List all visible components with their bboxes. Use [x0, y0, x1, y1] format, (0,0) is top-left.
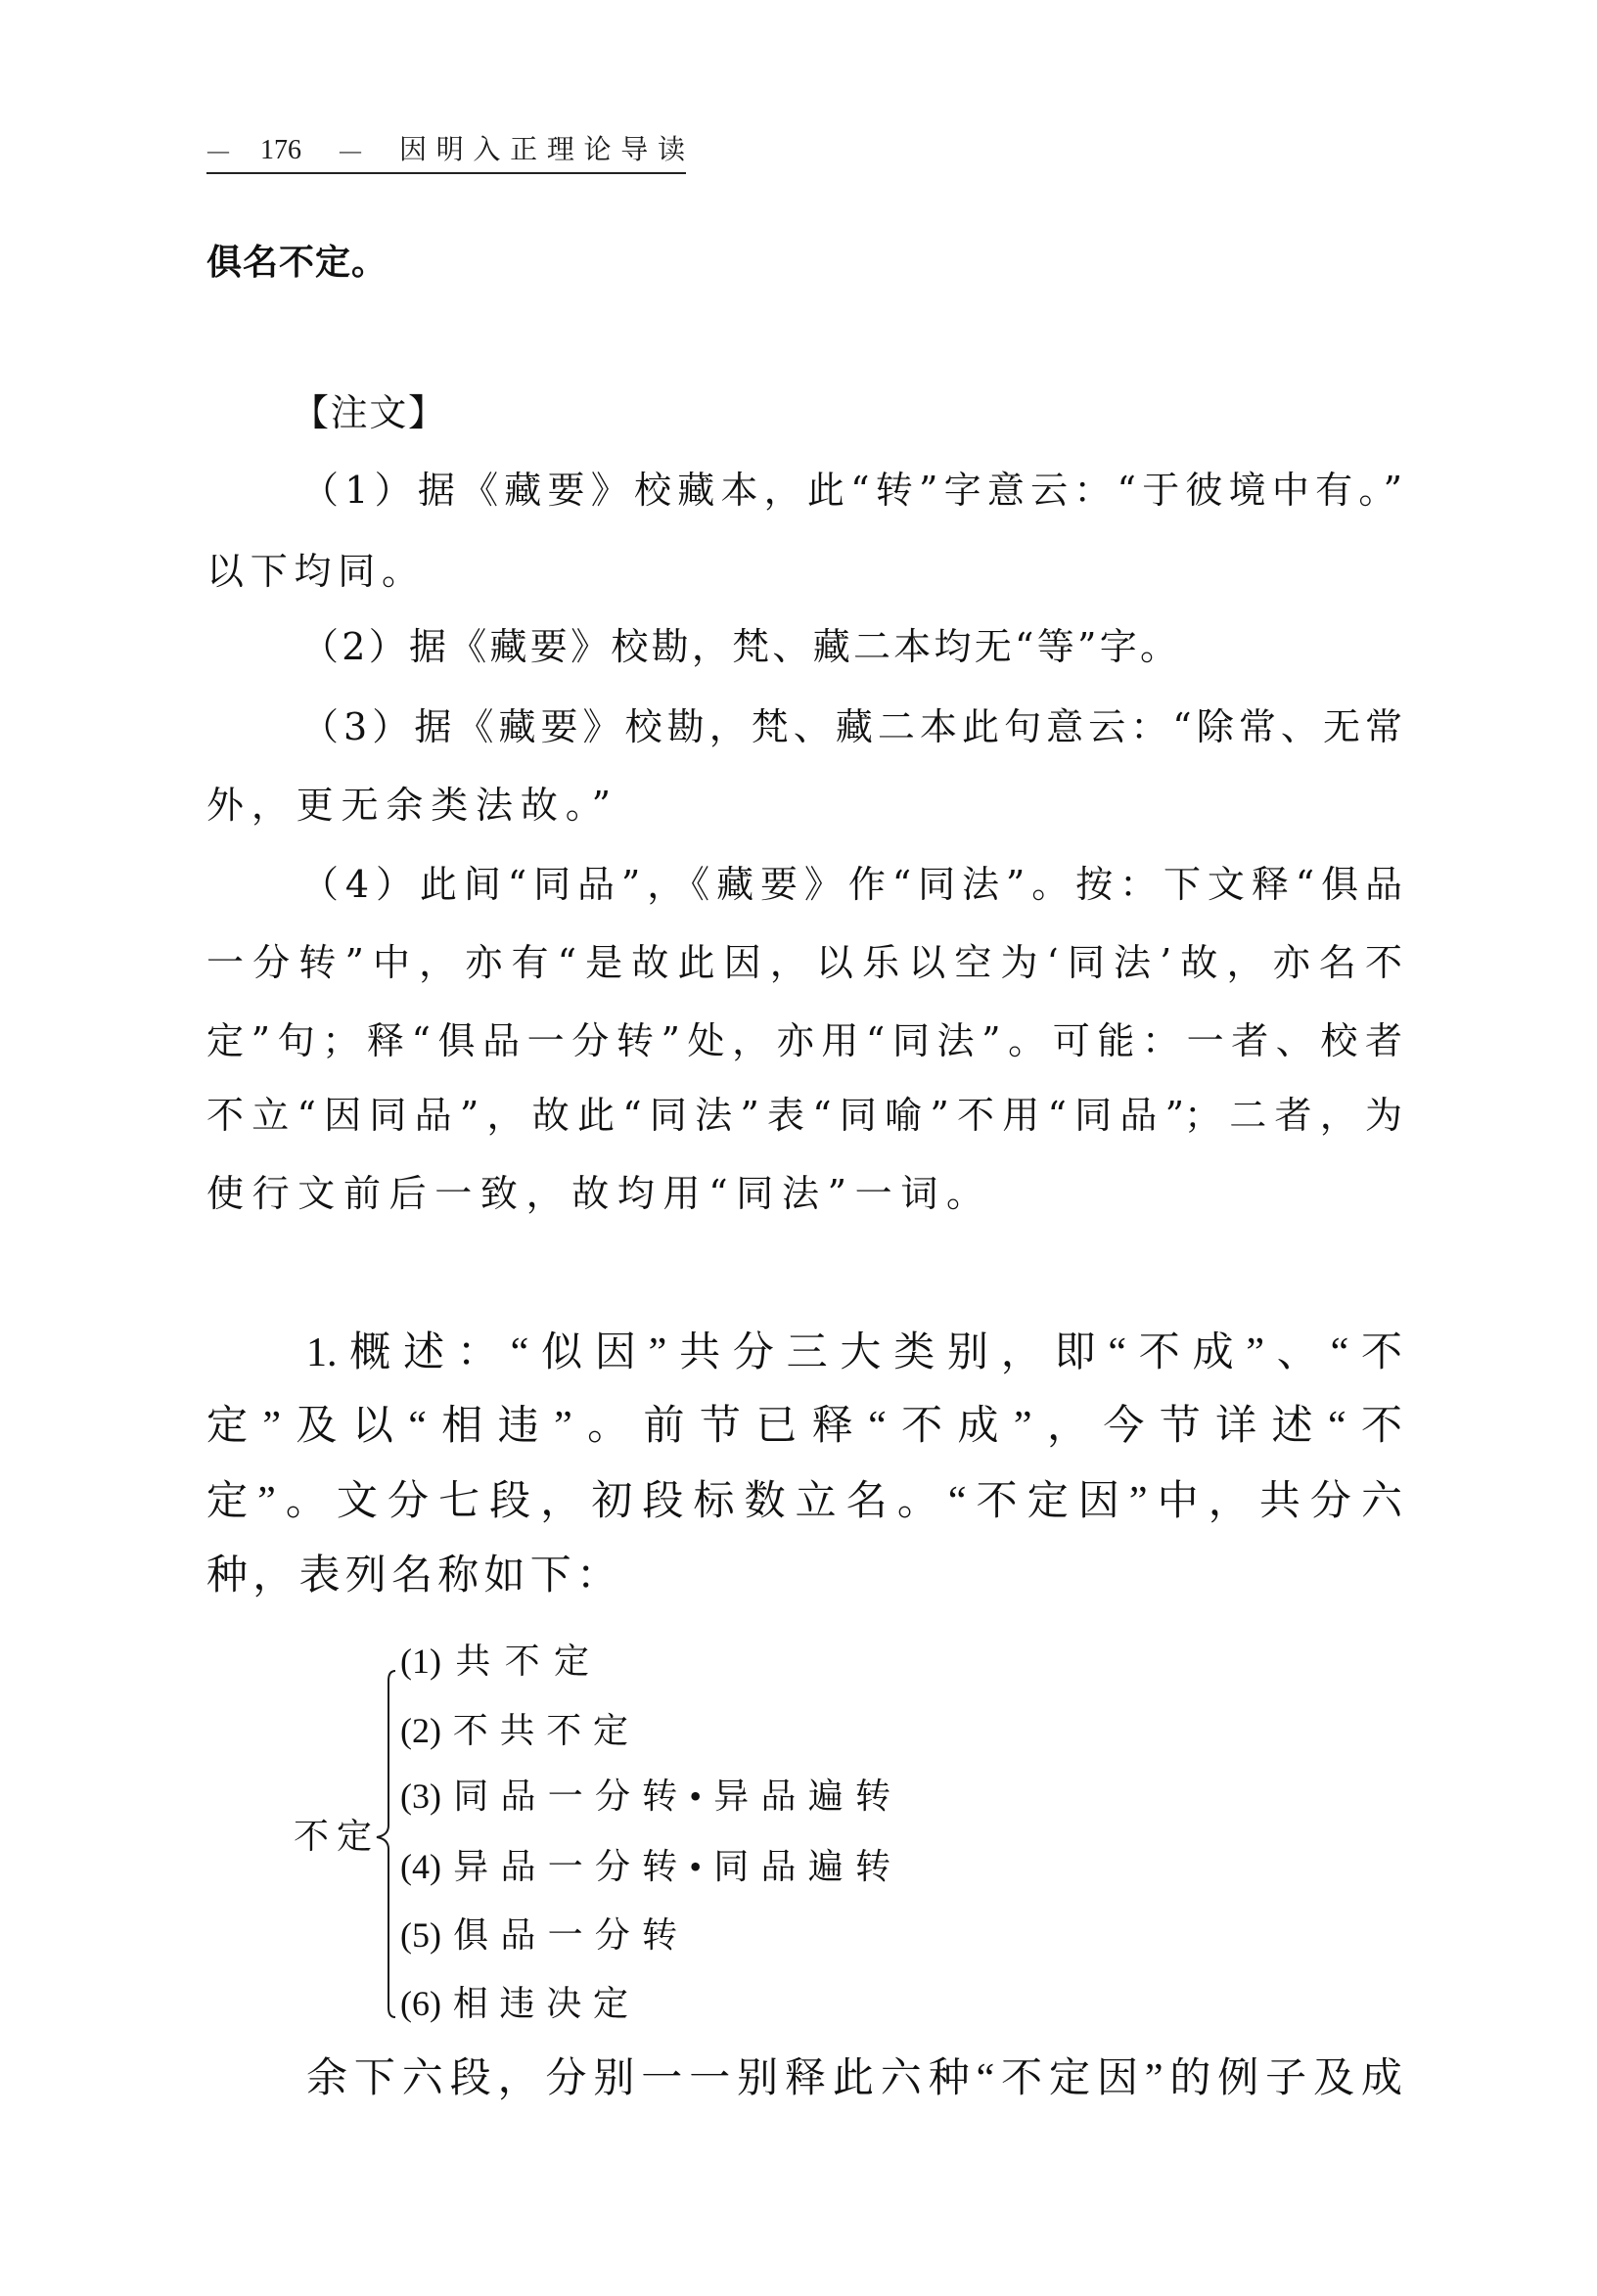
tree-item: (4)异品一分转•同品遍转: [400, 1849, 890, 1884]
note-line: 一分转”中，亦有“是故此因，以乐以空为‘同法’故，亦名不: [206, 944, 1402, 981]
header-rule: [206, 172, 686, 174]
body-line: 定”及以“相违”。前节已释“不成”，今节详述“不: [206, 1406, 1402, 1447]
section-heading: 俱名不定。: [206, 246, 388, 281]
book-title: 因明入正理论导读: [399, 137, 685, 164]
body-line: 1.概述：“似因”共分三大类别，即“不成”、“不: [306, 1332, 1402, 1373]
tree-item: (3)同品一分转•异品遍转: [400, 1778, 890, 1814]
note-line: 使行文前后一致，故均用“同法”一词。: [206, 1175, 983, 1212]
book-page: — 176 — 因明入正理论导读 俱名不定。 【注文】 （1）据《藏要》校藏本，…: [0, 0, 1597, 2296]
note-line: 以下均同。: [206, 553, 419, 590]
page-number: 176: [260, 137, 301, 164]
tree-item: (1)共不定: [400, 1643, 589, 1679]
body-line: 种，表列名称如下：: [206, 1555, 617, 1597]
curly-brace-icon: [372, 1663, 401, 2025]
tree-root-label: 不定: [294, 1819, 372, 1854]
note-line: （2）据《藏要》校勘，梵、藏二本均无“等”字。: [301, 628, 1177, 665]
continuation-line: 余下六段，分别一一别释此六种“不定因”的例子及成: [306, 2058, 1402, 2099]
note-line: 外，更无余类法故。”: [206, 787, 611, 824]
note-line: 定”句；释“俱品一分转”处，亦用“同法”。可能：一者、校者: [206, 1022, 1402, 1059]
header-dash-right: —: [340, 140, 361, 161]
tree-item: (6)相违决定: [400, 1986, 628, 2021]
tree-item: (2)不共不定: [400, 1713, 628, 1748]
note-line: （3）据《藏要》校勘，梵、藏二本此句意云：“除常、无常: [301, 708, 1402, 745]
note-line: 不立“因同品”，故此“同法”表“同喻”不用“同品”；二者，为: [206, 1097, 1402, 1134]
tree-item: (5)俱品一分转: [400, 1917, 677, 1953]
note-line: （1）据《藏要》校藏本，此“转”字意云：“于彼境中有。”: [301, 472, 1402, 509]
note-line: （4）此间“同品”，《藏要》作“同法”。按：下文释“俱品: [301, 866, 1402, 903]
body-line: 定”。文分七段，初段标数立名。“不定因”中，共分六: [206, 1481, 1402, 1522]
notes-title: 【注文】: [292, 394, 445, 433]
header-dash-left: —: [207, 140, 229, 161]
